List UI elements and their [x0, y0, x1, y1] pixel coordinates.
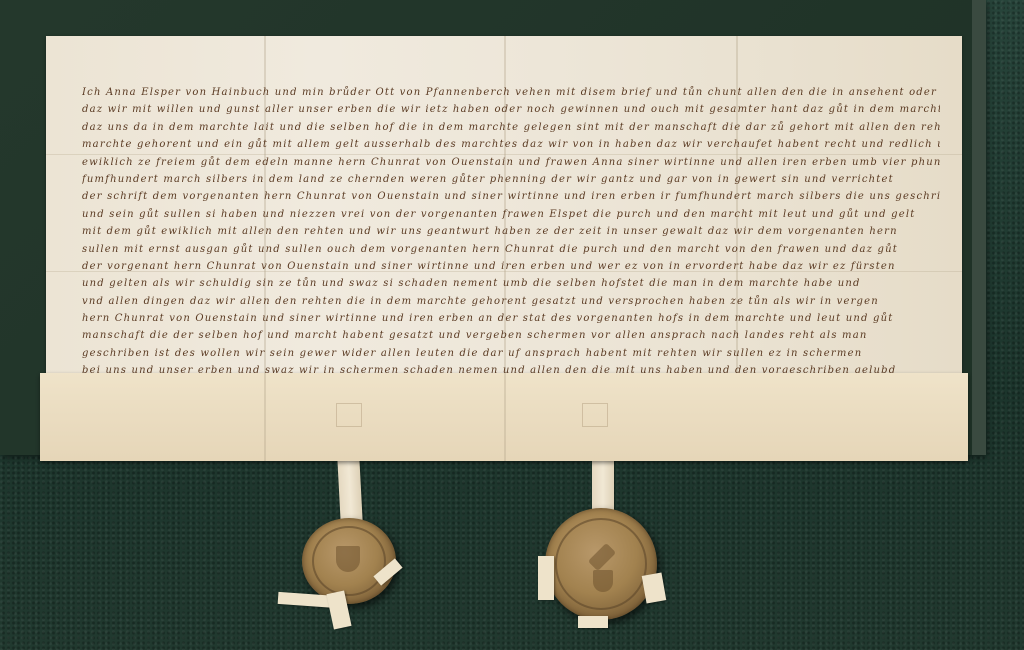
text-line: und gelten als wir schuldig sin ze tůn u…: [82, 275, 940, 292]
seal-strap: [578, 616, 608, 628]
text-line: vnd allen dingen daz wir allen den rehte…: [82, 293, 940, 310]
left-wax-seal: [302, 518, 396, 604]
text-line: fumfhundert march silbers in dem land ze…: [82, 171, 940, 188]
shield-device-icon: [336, 546, 360, 572]
text-line: ewiklich ze freiem gůt dem edeln manne h…: [82, 154, 940, 171]
charter-parchment: Ich Anna Elsper von Hainbuch und min brů…: [46, 36, 962, 381]
text-line: marchte gehorent und ein gůt mit allem g…: [82, 136, 940, 153]
text-line: manschaft die der selben hof und marcht …: [82, 327, 940, 344]
text-line: und sein gůt sullen si haben und niezzen…: [82, 206, 940, 223]
seal-slit-left: [336, 403, 362, 427]
charter-plica: [40, 373, 968, 461]
text-line: der schrift dem vorgenanten hern Chunrat…: [82, 188, 940, 205]
text-line: geschriben ist des wollen wir sein gewer…: [82, 345, 940, 362]
text-line: der vorgenant hern Chunrat von Ouenstain…: [82, 258, 940, 275]
text-line: Ich Anna Elsper von Hainbuch und min brů…: [82, 84, 940, 101]
board-edge: [972, 0, 986, 455]
seal-strap: [538, 556, 554, 600]
fold-line: [264, 373, 266, 461]
text-line: mit dem gůt ewiklich mit allen den rehte…: [82, 223, 940, 240]
text-line: daz wir mit willen und gunst aller unser…: [82, 101, 940, 118]
fold-line: [504, 373, 506, 461]
right-wax-seal: [545, 508, 657, 620]
text-line: sullen mit ernst ausgan gůt und sullen o…: [82, 241, 940, 258]
seal-slit-right: [582, 403, 608, 427]
shield-device-icon: [593, 570, 613, 592]
text-line: hern Chunrat von Ouenstain und siner wir…: [82, 310, 940, 327]
text-line: daz uns da in dem marchte lait und die s…: [82, 119, 940, 136]
